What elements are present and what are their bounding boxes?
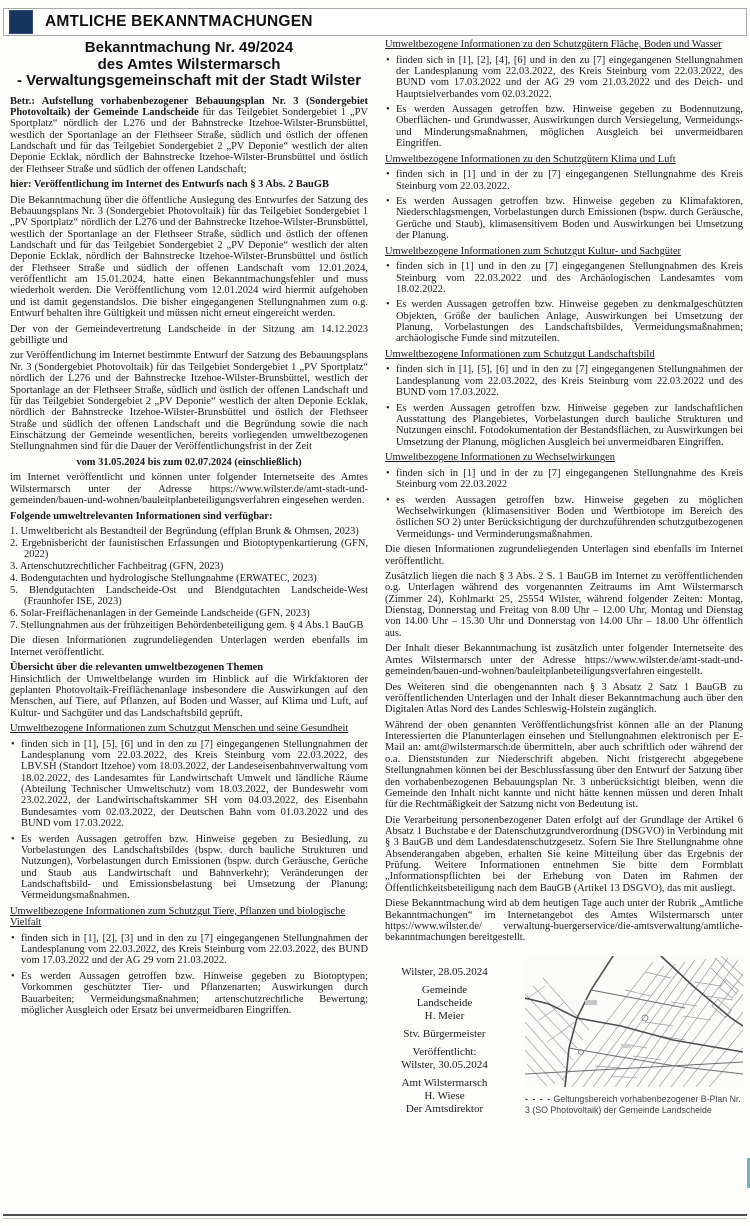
paragraph: Die diesen Informationen zugrundeliegend…	[385, 544, 743, 567]
left-column: Bekanntmachung Nr. 49/2024 des Amtes Wil…	[10, 39, 368, 1121]
list-heading: Folgende umweltrelevanten Informationen …	[10, 511, 368, 522]
map-image	[525, 956, 743, 1087]
bullet-item: finden sich in [1], [5], [6] und in den …	[385, 364, 743, 398]
right-column: Umweltbezogene Informationen zu den Schu…	[385, 39, 743, 1121]
paragraph: Der von der Gemeindevertretung Landschei…	[10, 324, 368, 347]
signature-line: Landscheide	[385, 997, 504, 1010]
signature-line: Amt Wilstermarsch	[385, 1077, 504, 1090]
bullet-item: Es werden Aussagen getroffen bzw. Hinwei…	[385, 196, 743, 241]
signature-line: Veröffentlicht:	[385, 1046, 504, 1059]
section-heading: Umweltbezogene Informationen zum Schutzg…	[385, 349, 743, 360]
bullet-item: finden sich in [1] und in der zu [7] ein…	[385, 468, 743, 491]
section-heading: Umweltbezogene Informationen zum Schutzg…	[10, 906, 368, 929]
bullet-item: Es werden Aussagen getroffen bzw. Hinwei…	[385, 104, 743, 149]
signature-published: Veröffentlicht: Wilster, 30.05.2024	[385, 1046, 504, 1072]
signature-role: Stv. Bürgermeister	[385, 1028, 504, 1041]
bullet-item: Es werden Aussagen getroffen bzw. Hinwei…	[10, 971, 368, 1016]
map-block: - - - - Geltungsbereich vorhabenbezogene…	[525, 956, 743, 1121]
paragraph: Des Weiteren sind die obengenannten nach…	[385, 682, 743, 716]
bullet-item: Es werden Aussagen getroffen bzw. Hinwei…	[385, 299, 743, 344]
signature-line: H. Meier	[385, 1010, 504, 1023]
bullet-item: finden sich in [1] und in den zu [7] ein…	[385, 261, 743, 295]
signature-block: Wilster, 28.05.2024 Gemeinde Landscheide…	[385, 956, 504, 1121]
notice-title: Bekanntmachung Nr. 49/2024 des Amtes Wil…	[10, 40, 368, 90]
header-bar: AMTLICHE BEKANNTMACHUNGEN	[3, 8, 747, 36]
bullet-item: es werden Aussagen getroffen bzw. Hinwei…	[385, 495, 743, 540]
bullet-item: Es werden Aussagen getroffen bzw. Hinwei…	[385, 403, 743, 448]
list-item: 3. Artenschutzrechtlicher Fachbeitrag (G…	[10, 561, 368, 572]
signature-line: H. Wiese	[385, 1090, 504, 1103]
section-heading: Umweltbezogene Informationen zu Wechselw…	[385, 452, 743, 463]
publication-period: vom 31.05.2024 bis zum 02.07.2024 (einsc…	[10, 457, 368, 468]
uebersicht-heading: Übersicht über die relevanten umweltbezo…	[10, 662, 368, 673]
paragraph: Hinsichtlich der Umweltbelange wurden im…	[10, 674, 368, 719]
page-title: AMTLICHE BEKANNTMACHUNGEN	[45, 13, 313, 31]
list-item: 6. Solar-Freiflächenanlagen in der Gemei…	[10, 608, 368, 619]
section-heading: Umweltbezogene Informationen zu den Schu…	[385, 39, 743, 50]
paragraph: Die Verarbeitung personenbezogener Daten…	[385, 815, 743, 894]
signature-municipality: Gemeinde Landscheide H. Meier	[385, 984, 504, 1023]
bullet-item: finden sich in [1], [2], [3] und in den …	[10, 933, 368, 967]
paragraph: Die diesen Informationen zugrundeliegend…	[10, 635, 368, 658]
paragraph: Der Inhalt dieser Bekanntmachung ist zus…	[385, 643, 743, 677]
paragraph: im Internet veröffentlicht und können un…	[10, 472, 368, 506]
section-heading: Umweltbezogene Informationen zu den Schu…	[385, 154, 743, 165]
bullet-item: finden sich in [1], [5], [6] und in den …	[10, 739, 368, 830]
list-item: 4. Bodengutachten und hydrologische Stel…	[10, 573, 368, 584]
section-heading: Umweltbezogene Informationen zum Schutzg…	[385, 246, 743, 257]
signature-map-row: Wilster, 28.05.2024 Gemeinde Landscheide…	[385, 956, 743, 1121]
notice-title-line2: des Amtes Wilstermarsch	[10, 57, 368, 74]
documents-list: 1. Umweltbericht als Bestandteil der Beg…	[10, 526, 368, 631]
signature-office: Amt Wilstermarsch H. Wiese Der Amtsdirek…	[385, 1077, 504, 1116]
paragraph: Zusätzlich liegen die nach § 3 Abs. 2 S.…	[385, 571, 743, 639]
signature-line: Der Amtsdirektor	[385, 1103, 504, 1116]
map-caption-text: Geltungsbereich vorhabenbezogener B-Plan…	[525, 1094, 741, 1115]
paragraph: Diese Bekanntmachung wird ab dem heutige…	[385, 898, 743, 943]
bottom-divider	[3, 1214, 747, 1219]
list-item: 7. Stellungnahmen aus der frühzeitigen B…	[10, 620, 368, 631]
paragraph: Während der oben genannten Veröffentlich…	[385, 720, 743, 811]
hier-line: hier: Veröffentlichung im Internet des E…	[10, 179, 368, 190]
list-item: 1. Umweltbericht als Bestandteil der Beg…	[10, 526, 368, 537]
two-column-layout: Bekanntmachung Nr. 49/2024 des Amtes Wil…	[10, 39, 743, 1121]
betreff-paragraph: Betr.: Aufstellung vorhabenbezogener Beb…	[10, 96, 368, 175]
signature-line: Gemeinde	[385, 984, 504, 997]
signature-line: Wilster, 30.05.2024	[385, 1059, 504, 1072]
list-item: 5. Blendgutachten Landscheide-Ost und Bl…	[10, 585, 368, 608]
paragraph: Die Bekanntmachung über die öffentliche …	[10, 195, 368, 320]
section-heading: Umweltbezogene Informationen zum Schutzg…	[10, 723, 368, 734]
header-accent-square	[9, 10, 33, 34]
dashed-boundary-symbol: - - - -	[525, 1094, 551, 1104]
signature-place-date: Wilster, 28.05.2024	[385, 966, 504, 979]
notice-title-line3: - Verwaltungsgemeinschaft mit der Stadt …	[10, 73, 368, 90]
bullet-item: Es werden Aussagen getroffen bzw. Hinwei…	[10, 834, 368, 902]
bullet-item: finden sich in [1] und in der zu [7] ein…	[385, 169, 743, 192]
notice-title-line1: Bekanntmachung Nr. 49/2024	[10, 40, 368, 57]
paragraph: zur Veröffentlichung im Internet bestimm…	[10, 350, 368, 452]
list-item: 2. Ergebnisbericht der faunistischen Erf…	[10, 538, 368, 561]
map-caption: - - - - Geltungsbereich vorhabenbezogene…	[525, 1094, 743, 1116]
bullet-item: finden sich in [1], [2], [4], [6] und in…	[385, 55, 743, 100]
announcement-page: AMTLICHE BEKANNTMACHUNGEN Bekanntmachung…	[0, 0, 750, 1226]
